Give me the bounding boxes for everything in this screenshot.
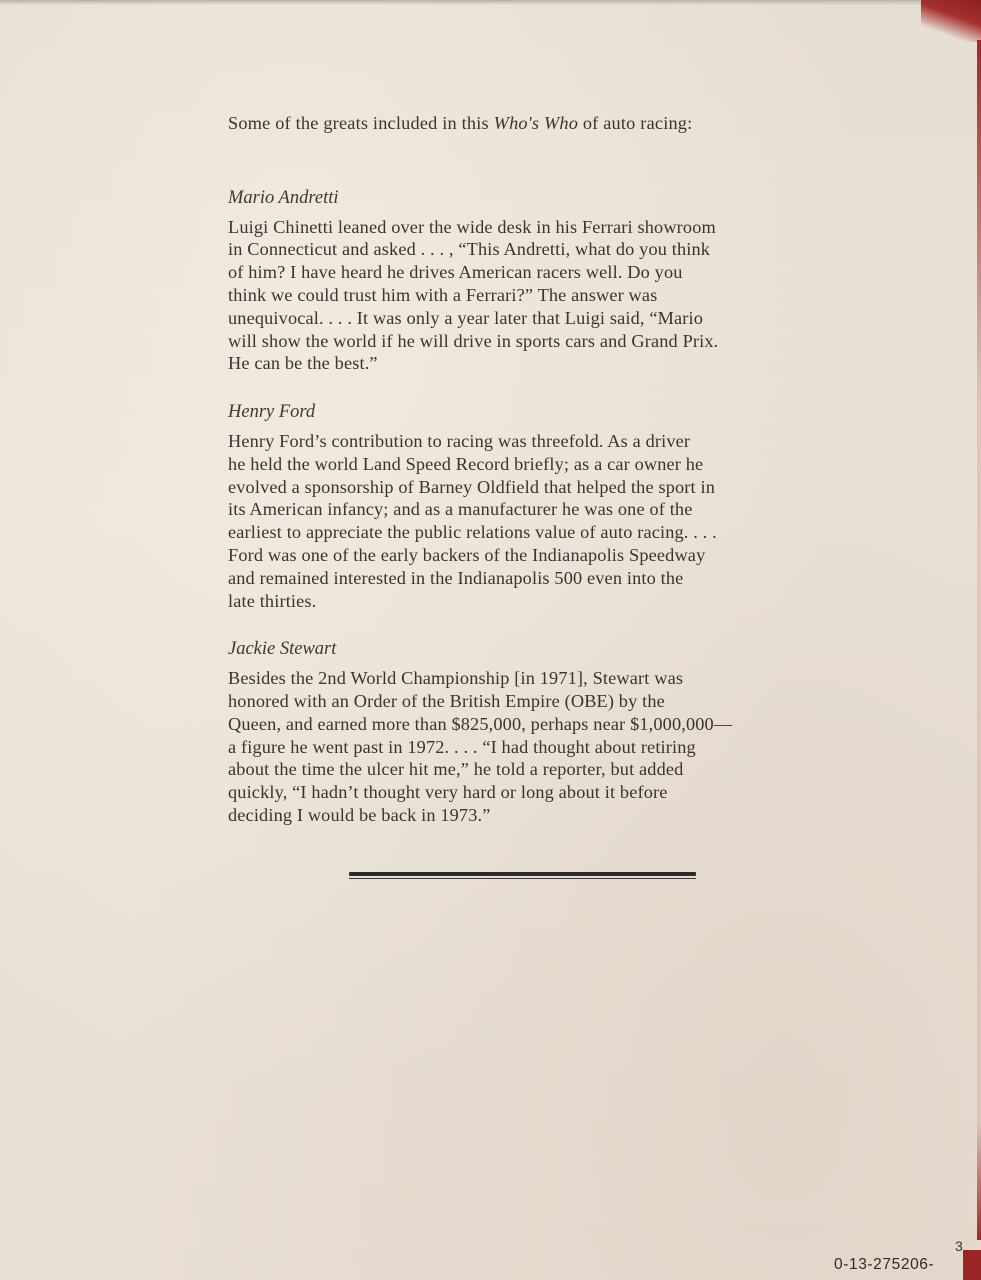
red-binding-corner-bottom bbox=[963, 1250, 981, 1280]
paper-top-edge bbox=[0, 0, 981, 5]
book-title-italic: Who's Who bbox=[494, 113, 578, 133]
rule-thin-line bbox=[349, 878, 696, 879]
entry-excerpt: Besides the 2nd World Championship [in 1… bbox=[228, 667, 788, 827]
entry-heading: Jackie Stewart bbox=[228, 638, 788, 661]
entry-jackie-stewart: Jackie Stewart Besides the 2nd World Cha… bbox=[228, 638, 788, 826]
red-binding-edge bbox=[977, 40, 981, 1240]
entry-mario-andretti: Mario Andretti Luigi Chinetti leaned ove… bbox=[228, 187, 788, 375]
entry-heading: Mario Andretti bbox=[228, 187, 788, 210]
entry-excerpt: Luigi Chinetti leaned over the wide desk… bbox=[228, 216, 788, 376]
rule-thick-line bbox=[349, 872, 696, 876]
price-code: 3 bbox=[955, 1238, 963, 1254]
cover-text: Some of the greats included in this Who'… bbox=[228, 112, 788, 853]
entry-henry-ford: Henry Ford Henry Ford’s contribution to … bbox=[228, 401, 788, 612]
entry-excerpt: Henry Ford’s contribution to racing was … bbox=[228, 430, 788, 612]
isbn-number: 0-13-275206- bbox=[834, 1256, 934, 1274]
intro-sentence: Some of the greats included in this Who'… bbox=[228, 112, 788, 135]
entry-heading: Henry Ford bbox=[228, 401, 788, 424]
decorative-double-rule bbox=[349, 872, 696, 879]
red-binding-corner-top bbox=[921, 0, 981, 42]
